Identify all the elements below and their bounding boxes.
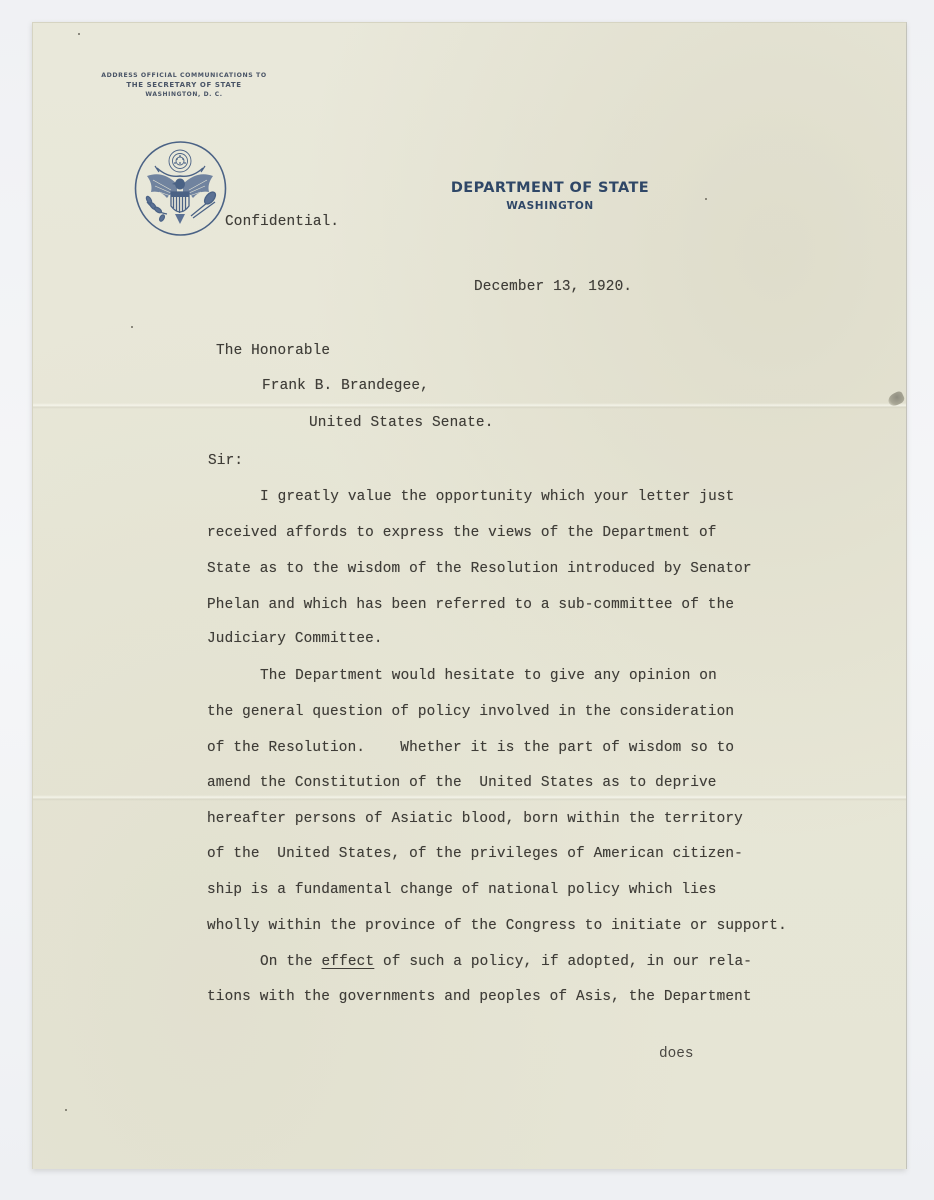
text-line: of the Resolution. Whether it is the par… (207, 740, 734, 756)
paper-speck (78, 33, 80, 35)
text-line: Judiciary Committee. (207, 631, 383, 647)
department-city: WASHINGTON (425, 200, 675, 212)
text-fragment: On the (260, 954, 322, 970)
text-line: tions with the governments and peoples o… (207, 989, 752, 1005)
recipient-organization: United States Senate. (309, 415, 494, 431)
text-line: Phelan and which has been referred to a … (207, 597, 734, 613)
text-line: the general question of policy involved … (207, 704, 734, 720)
classification-label: Confidential. (225, 214, 339, 230)
recipient-title: The Honorable (216, 343, 330, 359)
text-line: I greatly value the opportunity which yo… (260, 489, 734, 505)
paper-speck (705, 198, 707, 200)
text-line: of the United States, of the privileges … (207, 846, 743, 862)
text-line: State as to the wisdom of the Resolution… (207, 561, 752, 577)
fold-crease-lower (33, 795, 906, 801)
catchword: does (659, 1046, 694, 1062)
text-fragment: of such a policy, if adopted, in our rel… (374, 954, 752, 970)
letter-page: ADDRESS OFFICIAL COMMUNICATIONS TO THE S… (32, 22, 906, 1169)
text-line: received affords to express the views of… (207, 525, 717, 541)
department-name: DEPARTMENT OF STATE (425, 180, 675, 196)
greeting: Sir: (208, 453, 243, 469)
paper-speck (131, 326, 133, 328)
letterhead-address-block: ADDRESS OFFICIAL COMMUNICATIONS TO THE S… (89, 71, 279, 100)
paper-speck (65, 1109, 67, 1111)
text-line: amend the Constitution of the United Sta… (207, 775, 717, 791)
recipient-name: Frank B. Brandegee, (262, 378, 429, 394)
address-line: THE SECRETARY OF STATE (89, 81, 279, 91)
underlined-word: effect (322, 954, 375, 970)
text-line: ship is a fundamental change of national… (207, 882, 717, 898)
address-line: WASHINGTON, D. C. (89, 90, 279, 100)
text-line: hereafter persons of Asiatic blood, born… (207, 811, 743, 827)
text-line: wholly within the province of the Congre… (207, 918, 787, 934)
text-line: The Department would hesitate to give an… (260, 668, 717, 684)
address-line: ADDRESS OFFICIAL COMMUNICATIONS TO (89, 71, 279, 81)
letter-date: December 13, 1920. (474, 279, 632, 295)
great-seal-eagle-icon (133, 140, 228, 237)
letterhead-department: DEPARTMENT OF STATE WASHINGTON (425, 180, 675, 212)
text-line: On the effect of such a policy, if adopt… (260, 954, 752, 970)
fold-crease-upper (33, 403, 906, 409)
